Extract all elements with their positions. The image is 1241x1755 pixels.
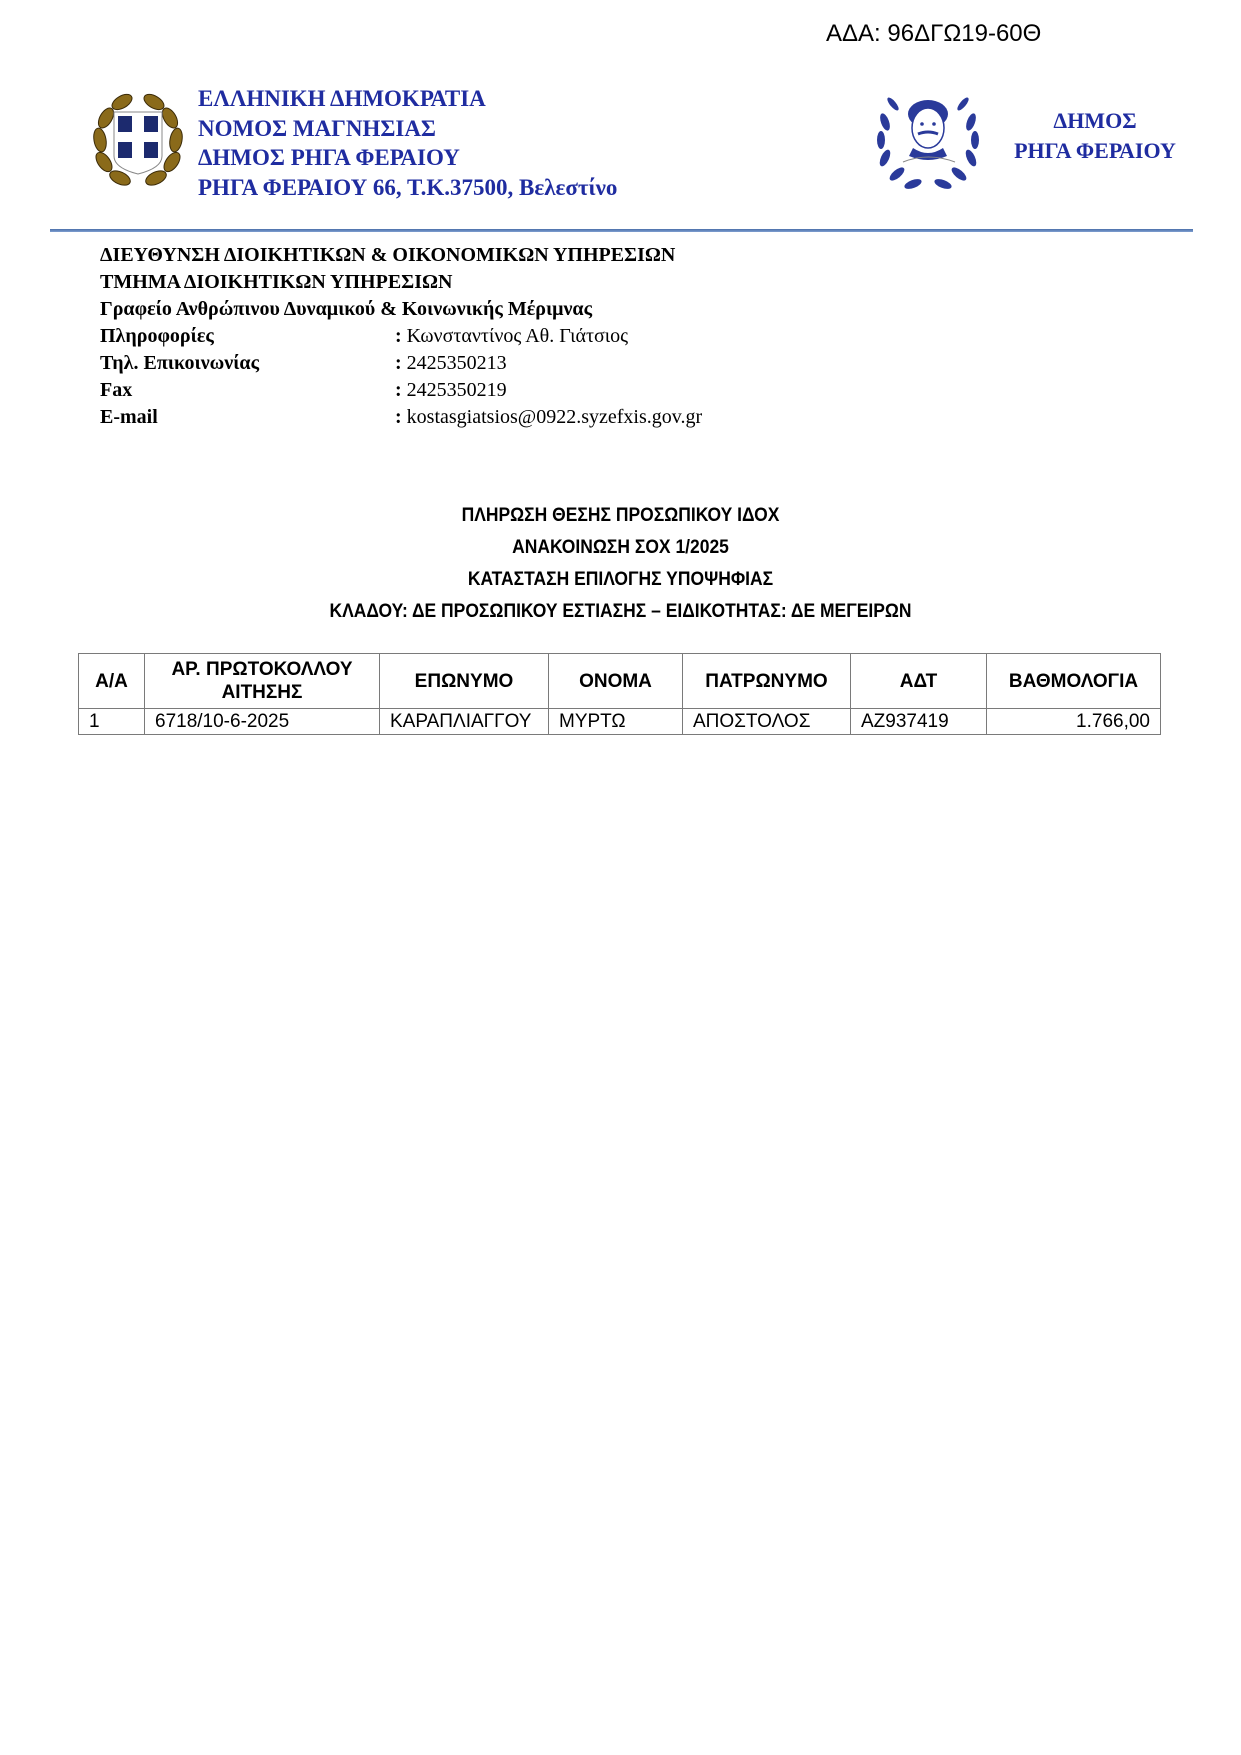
cell-protocol: 6718/10-6-2025: [145, 709, 380, 735]
col-fathers-name: ΠΑΤΡΩΝΥΜΟ: [683, 654, 851, 709]
contact-value: 2425350219: [407, 377, 507, 404]
cell-surname: ΚΑΡΑΠΛΙΑΓΓΟΥ: [380, 709, 549, 735]
announcement-titles: ΠΛΗΡΩΣΗ ΘΕΣΗΣ ΠΡΟΣΩΠΙΚΟΥ ΙΔΟΧ ΑΝΑΚΟΙΝΩΣΗ…: [50, 500, 1192, 628]
title-position-fill: ΠΛΗΡΩΣΗ ΘΕΣΗΣ ΠΡΟΣΩΠΙΚΟΥ ΙΔΟΧ: [50, 500, 1192, 532]
department-block: ΔΙΕΥΘΥΝΣΗ ΔΙΟΙΚΗΤΙΚΩΝ & ΟΙΚΟΝΟΜΙΚΩΝ ΥΠΗΡ…: [100, 242, 702, 431]
cell-score: 1.766,00: [987, 709, 1161, 735]
title-announcement: ΑΝΑΚΟΙΝΩΣΗ ΣΟΧ 1/2025: [50, 532, 1192, 564]
cell-fathers-name: ΑΠΟΣΤΟΛΟΣ: [683, 709, 851, 735]
colon: :: [395, 323, 402, 350]
contact-label: Πληροφορίες: [100, 323, 395, 350]
col-id-card: ΑΔΤ: [851, 654, 987, 709]
contact-fax-row: Fax : 2425350219: [100, 377, 702, 404]
municipality-line-2: ΡΗΓΑ ΦΕΡΑΙΟΥ: [990, 136, 1200, 166]
colon: :: [395, 350, 402, 377]
contact-value: 2425350213: [407, 350, 507, 377]
office: Γραφείο Ανθρώπινου Δυναμικού & Κοινωνική…: [100, 296, 702, 323]
col-surname: ΕΠΩΝΥΜΟ: [380, 654, 549, 709]
municipality-line-1: ΔΗΜΟΣ: [990, 106, 1200, 136]
col-score: ΒΑΘΜΟΛΟΓΙΑ: [987, 654, 1161, 709]
cell-aa: 1: [79, 709, 145, 735]
header-line-municipality: ΔΗΜΟΣ ΡΗΓΑ ΦΕΡΑΙΟΥ: [198, 143, 617, 173]
contact-email-link[interactable]: kostasgiatsios@0922.syzefxis.gov.gr: [407, 404, 702, 431]
issuer-header: ΕΛΛΗΝΙΚΗ ΔΗΜΟΚΡΑΤΙΑ ΝΟΜΟΣ ΜΑΓΝΗΣΙΑΣ ΔΗΜΟ…: [198, 84, 617, 202]
greek-coat-of-arms-icon: [90, 90, 186, 190]
table-header-row: Α/Α ΑΡ. ΠΡΩΤΟΚΟΛΛΟΥ ΑΙΤΗΣΗΣ ΕΠΩΝΥΜΟ ΟΝΟΜ…: [79, 654, 1161, 709]
rigas-feraios-laurel-portrait-icon: [873, 86, 983, 194]
title-selection-list: ΚΑΤΑΣΤΑΣΗ ΕΠΙΛΟΓΗΣ ΥΠΟΨΗΦΙΑΣ: [50, 564, 1192, 596]
contact-value: Κωνσταντίνος Αθ. Γιάτσιος: [407, 323, 628, 350]
colon: :: [395, 404, 402, 431]
header-line-republic: ΕΛΛΗΝΙΚΗ ΔΗΜΟΚΡΑΤΙΑ: [198, 84, 617, 114]
contact-phone-row: Τηλ. Επικοινωνίας : 2425350213: [100, 350, 702, 377]
contact-info-row: Πληροφορίες : Κωνσταντίνος Αθ. Γιάτσιος: [100, 323, 702, 350]
candidate-table: Α/Α ΑΡ. ΠΡΩΤΟΚΟΛΛΟΥ ΑΙΤΗΣΗΣ ΕΠΩΝΥΜΟ ΟΝΟΜ…: [78, 653, 1161, 735]
directorate: ΔΙΕΥΘΥΝΣΗ ΔΙΟΙΚΗΤΙΚΩΝ & ΟΙΚΟΝΟΜΙΚΩΝ ΥΠΗΡ…: [100, 242, 702, 269]
header-divider: [50, 229, 1193, 232]
cell-id-card: ΑΖ937419: [851, 709, 987, 735]
col-protocol: ΑΡ. ΠΡΩΤΟΚΟΛΛΟΥ ΑΙΤΗΣΗΣ: [145, 654, 380, 709]
col-aa: Α/Α: [79, 654, 145, 709]
header-line-address: ΡΗΓΑ ΦΕΡΑΙΟΥ 66, Τ.Κ.37500, Βελεστίνο: [198, 173, 617, 203]
section: ΤΜΗΜΑ ΔΙΟΙΚΗΤΙΚΩΝ ΥΠΗΡΕΣΙΩΝ: [100, 269, 702, 296]
contact-label: E-mail: [100, 404, 395, 431]
col-name: ΟΝΟΜΑ: [549, 654, 683, 709]
ada-code: ΑΔΑ: 96ΔΓΩ19-60Θ: [826, 20, 1041, 48]
table-row: 1 6718/10-6-2025 ΚΑΡΑΠΛΙΑΓΓΟΥ ΜΥΡΤΩ ΑΠΟΣ…: [79, 709, 1161, 735]
header-line-prefecture: ΝΟΜΟΣ ΜΑΓΝΗΣΙΑΣ: [198, 114, 617, 144]
contact-email-row: E-mail : kostasgiatsios@0922.syzefxis.go…: [100, 404, 702, 431]
contact-label: Τηλ. Επικοινωνίας: [100, 350, 395, 377]
municipality-name: ΔΗΜΟΣ ΡΗΓΑ ΦΕΡΑΙΟΥ: [990, 106, 1200, 166]
colon: :: [395, 377, 402, 404]
contact-label: Fax: [100, 377, 395, 404]
title-branch-specialty: ΚΛΑΔΟΥ: ΔΕ ΠΡΟΣΩΠΙΚΟΥ ΕΣΤΙΑΣΗΣ – ΕΙΔΙΚΟΤ…: [50, 596, 1192, 628]
cell-name: ΜΥΡΤΩ: [549, 709, 683, 735]
